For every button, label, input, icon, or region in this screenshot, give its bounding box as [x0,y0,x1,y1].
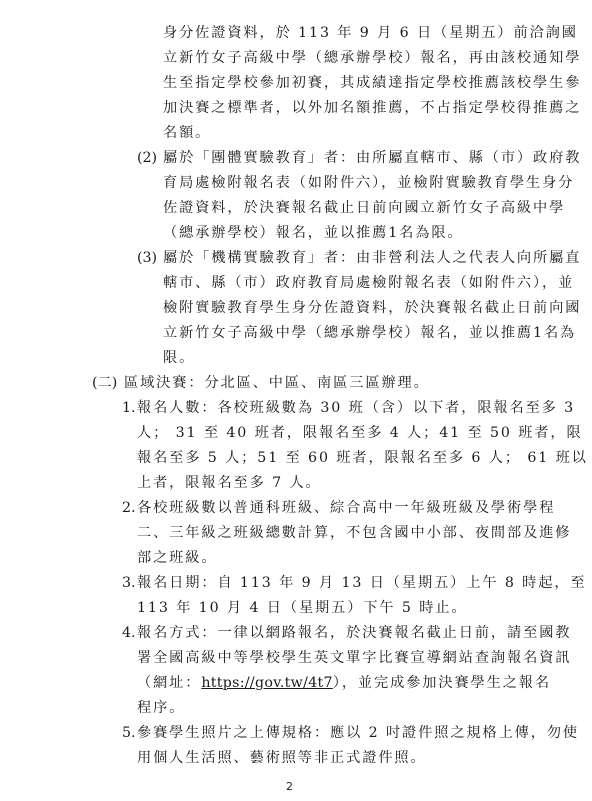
paragraph-line: 屬於「機構實驗教育」者：由非營利法人之代表人向所屬直 [163,248,581,268]
paragraph-line: 程序。 [137,698,185,718]
paragraph-line: 113 年 10 月 4 日（星期五）下午 5 時止。 [137,598,468,618]
list-marker: 1. [122,398,136,418]
list-marker: 5. [122,723,136,743]
paragraph-line: 生至指定學校參加初賽，其成績達指定學校推薦該校學生參 [163,73,581,93]
paragraph-line: 立新竹女子高級中學（總承辦學校）報名，再由該校通知學 [163,48,581,68]
paragraph-line: 轄市、縣（市）政府教育局處檢附報名表（如附件六），並 [163,273,574,293]
url-prefix: （網址： [137,675,201,691]
section-heading: 區域決賽：分北區、中區、南區三區辦理。 [124,373,430,393]
paragraph-line: 檢附實驗教育學生身分佐證資料，於決賽報名截止日前向國 [163,298,581,318]
paragraph-line: 育局處檢附報名表（如附件六），並檢附實驗教育學生身分 [163,173,574,193]
paragraph-line: 屬於「團體實驗教育」者：由所屬直轄市、縣（市）政府教 [163,148,581,168]
paragraph-line: 身分佐證資料，於 113 年 9 月 6 日（星期五）前洽詢國 [163,23,578,43]
paragraph-line: 參賽學生照片之上傳規格：應以 2 吋證件照之規格上傳，勿使 [137,723,579,743]
document-page: 身分佐證資料，於 113 年 9 月 6 日（星期五）前洽詢國 立新竹女子高級中… [0,0,592,801]
section-marker: (二) [92,373,117,393]
paragraph-line: 佐證資料，於決賽報名截止日前向國立新竹女子高級中學 [163,198,565,218]
paragraph-line: 二、三年級之班級總數計算，不包含國中小部、夜間部及進修 [137,523,571,543]
paragraph-line: 報名方式：一律以網路報名，於決賽報名截止日前，請至國教 [137,623,571,643]
paragraph-line: 立新竹女子高級中學（總承辦學校）報名，並以推薦1名為 [163,323,576,343]
paragraph-line: 報名日期：自 113 年 9 月 13 日（星期五）上午 8 時起，至 [137,573,587,593]
list-marker: (2) [137,148,157,168]
paragraph-line: 限。 [163,348,195,368]
paragraph-line: 部之班級。 [137,548,217,568]
list-marker: 3. [122,573,136,593]
paragraph-line: 上者，限報名至多 7 人。 [137,473,322,493]
url-suffix: ），並完成參加決賽學生之報名 [333,675,551,691]
paragraph-line: 加決賽之標準者，以外加名額推薦，不占指定學校得推薦之 [163,98,581,118]
page-number: 2 [286,780,293,793]
paragraph-line: 報名人數：各校班級數為 30 班（含）以下者，限報名至多 3 [137,398,575,418]
paragraph-line: 用個人生活照、藝術照等非正式證件照。 [137,748,427,768]
paragraph-line: （網址：https://gov.tw/4t7），並完成參加決賽學生之報名 [137,673,551,693]
paragraph-line: 名額。 [163,123,211,143]
paragraph-line: 報名至多 5 人；51 至 60 班者，限報名至多 6 人； 61 班以 [137,448,588,468]
list-marker: (3) [137,248,157,268]
website-link[interactable]: https://gov.tw/4t7 [201,675,333,691]
list-marker: 4. [122,623,136,643]
list-marker: 2. [122,498,136,518]
paragraph-line: 人； 31 至 40 班者，限報名至多 4 人；41 至 50 班者，限 [137,423,583,443]
paragraph-line: 各校班級數以普通科班級、綜合高中一年級班級及學術學程 [137,498,555,518]
paragraph-line: 署全國高級中等學校學生英文單字比賽宣導網站查詢報名資訊 [137,648,571,668]
paragraph-line: （總承辦學校）報名，並以推薦1名為限。 [163,223,464,243]
